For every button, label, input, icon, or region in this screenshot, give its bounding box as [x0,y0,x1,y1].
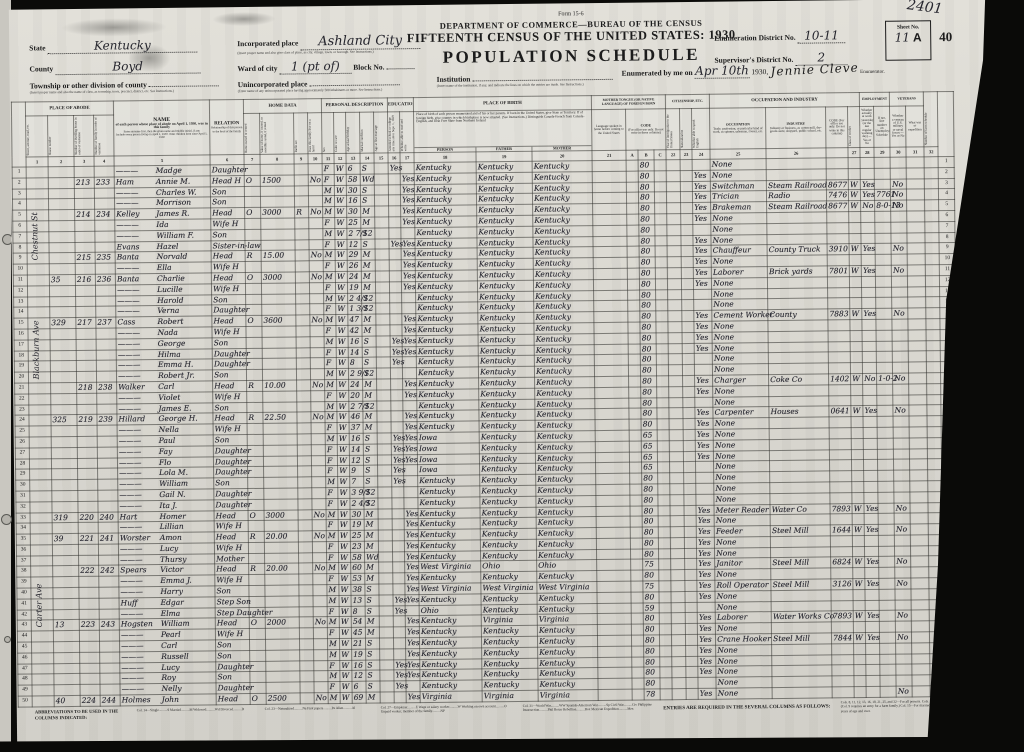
table-cell [246,283,262,294]
table-cell: Yes [696,526,714,537]
table-cell: 2 7/12 [347,228,361,239]
table-cell: W [338,498,350,509]
table-cell: W [339,595,351,606]
table-cell: Virginia [537,614,597,625]
line-number: 21 [941,372,957,383]
table-cell: None [711,256,767,267]
table-cell [670,483,684,494]
table-cell: W [338,509,350,520]
given-name: James E. [158,403,191,412]
table-cell [694,289,712,300]
table-cell [247,391,263,402]
table-cell: M [365,563,379,574]
table-cell [694,300,712,311]
table-cell: 3126 [831,579,853,590]
table-cell [376,336,390,347]
line-number: 28 [942,448,958,459]
table-cell [670,462,684,473]
table-cell: Yes [401,195,415,206]
table-cell: 80 [639,257,655,268]
table-cell [628,354,640,365]
table-cell [309,218,323,229]
table-cell: S [365,584,379,595]
surname: ——— [118,328,158,338]
table-cell: F [323,239,335,250]
sd-label: Supervisor's District No. [714,55,793,65]
table-cell: Yes [695,375,713,386]
table-cell: 30 [350,509,364,520]
table-cell [390,292,402,303]
table-cell [876,352,892,363]
table-cell: 8677 [826,179,848,190]
table-cell [96,371,116,382]
table-cell: Kentucky [416,291,478,302]
table-cell [95,242,115,253]
table-cell [879,567,895,578]
scanned-census-page: Form 15-6 DEPARTMENT OF COMMERCE—BUREAU … [0,0,1024,752]
surname: ——— [119,436,159,446]
line-number: 14 [940,297,956,308]
table-cell [669,376,683,387]
table-cell: 80 [640,333,656,344]
table-cell: Kentucky [479,377,535,388]
table-cell: M [323,228,335,239]
group-place-of-abode: PLACE OF ABODE [25,101,113,116]
table-cell: Kentucky [538,668,598,679]
table-cell [98,501,118,512]
table-cell [866,643,880,654]
table-cell [380,638,394,649]
table-cell [850,319,862,330]
table-cell: 218 [77,382,97,393]
table-cell: Yes [697,591,715,602]
given-name: Carl [158,382,174,391]
table-cell: 7801 [827,266,849,277]
line-number: 47 [944,653,960,664]
line-number: 7 [13,232,27,243]
table-cell [626,182,638,193]
table-cell: O [245,272,261,283]
line-number: 6 [939,210,955,221]
table-cell [864,449,878,460]
table-cell: Kentucky [418,540,480,551]
war-expedition-header: What war or expedition [906,106,924,147]
line-number: 15 [940,308,956,319]
table-cell: Yes [696,505,714,516]
line-number: 45 [18,642,32,653]
table-cell: W [850,309,862,320]
table-cell: F [326,498,338,509]
table-cell [930,632,944,643]
table-cell: R [295,207,309,218]
table-cell: Carpenter [713,407,769,418]
table-cell: M [327,563,339,574]
table-cell: 3000 [264,509,298,520]
table-cell: F [326,520,338,531]
line-number: 11 [939,264,955,275]
line-number: 1 [938,156,954,167]
column-number: 4 [94,156,114,166]
given-name: Ida [156,220,168,229]
table-cell: Son [212,370,246,381]
table-cell: 80 [639,192,655,203]
table-cell: 80 [644,678,660,689]
surname: ——— [119,447,159,457]
table-cell: Yes [863,406,877,417]
table-cell [895,535,911,546]
table-cell [313,574,327,585]
table-cell: M [363,411,377,422]
table-cell [79,609,99,620]
table-cell [261,283,295,294]
table-cell: Head [213,413,247,424]
table-cell [627,246,639,257]
table-cell [910,502,928,513]
table-cell [50,296,76,307]
given-name: Thursy [160,554,186,563]
given-name: Norvald [157,252,188,261]
table-cell [851,427,863,438]
table-cell [378,541,392,552]
table-cell: Kentucky [414,183,476,194]
table-cell: No [312,531,326,542]
table-cell: Yes [405,584,419,595]
table-cell [926,308,940,319]
table-cell: S [365,606,379,617]
table-cell [659,559,671,570]
table-cell [911,610,929,621]
table-cell [95,285,115,296]
table-cell [52,523,78,534]
table-cell [597,581,631,592]
table-cell [79,630,99,641]
surname: Cass [117,317,157,327]
table-cell: Kentucky [417,367,479,378]
table-cell: Wife H [212,326,246,337]
table-cell [595,398,629,409]
table-cell [261,229,295,240]
table-cell [394,692,406,703]
line-number: 4 [12,199,26,210]
table-cell [929,556,943,567]
table-cell: Son [212,337,246,348]
table-cell [828,287,850,298]
given-name: James R. [156,209,189,218]
table-cell: West Virginia [481,582,537,593]
table-cell [77,436,97,447]
table-cell [929,610,943,621]
surname: ——— [118,339,158,349]
table-cell: Yes [403,379,417,390]
table-cell: 59 [643,603,659,614]
table-cell [669,429,683,440]
table-cell [766,169,826,180]
table-cell: M [325,369,337,380]
table-cell: M [327,585,339,596]
table-cell [878,492,894,503]
table-cell: 8-0-13 [875,200,891,211]
table-cell: 80 [639,235,655,246]
table-cell [829,417,851,428]
table-cell [852,460,864,471]
line-number: 37 [943,545,959,556]
table-cell [892,297,908,308]
table-cell [877,416,893,427]
table-cell [767,234,827,245]
table-cell [684,462,696,473]
table-cell: 24 [349,379,363,390]
surname: ——— [116,198,156,208]
table-cell [696,483,714,494]
table-cell [299,563,313,574]
surname: ——— [121,609,161,619]
table-cell [262,348,296,359]
table-cell: F [327,574,339,585]
sheet-letter: A [913,30,922,44]
line-number: 13 [14,297,28,308]
table-cell [880,632,896,643]
table-cell [298,488,312,499]
table-cell [658,516,670,527]
table-cell [389,271,401,282]
line-number: 27 [941,437,957,448]
table-cell [925,232,939,243]
table-cell [632,646,644,657]
table-cell [95,220,115,231]
table-cell [880,686,896,697]
table-cell [32,653,54,664]
given-name: Roy [161,673,176,682]
table-cell [393,627,405,638]
table-cell: 16 [347,196,361,207]
table-cell: Kentucky [535,430,595,441]
table-cell: W [336,358,348,369]
table-cell: Yes [392,476,404,487]
table-cell [298,520,312,531]
given-name: Fay [159,447,173,456]
table-cell: 80 [642,527,658,538]
table-cell [670,505,684,516]
line-number: 40 [17,588,31,599]
table-cell: W [336,282,348,293]
table-cell [656,322,668,333]
incorporated-label: Incorporated place [237,38,298,48]
table-cell [862,287,876,298]
table-cell [672,678,686,689]
table-cell: 329 [50,318,76,329]
table-cell: 80 [642,516,658,527]
table-cell: M [361,249,375,260]
table-cell [911,567,929,578]
table-cell: No [312,509,326,520]
table-cell: Kentucky [532,161,592,172]
table-cell [927,437,941,448]
table-cell [51,393,77,404]
surname: ——— [116,166,156,176]
table-cell: M [365,573,379,584]
table-cell: Yes [403,422,417,433]
table-cell: Kentucky [415,259,477,270]
table-cell: M [365,627,379,638]
table-cell [49,285,75,296]
line-number: 44 [17,631,31,642]
immigration-year-header: Year of immigration to the United States [666,109,680,150]
table-cell: M [361,217,375,228]
table-cell: Son [214,478,248,489]
township-value [149,85,219,87]
table-cell [389,260,401,271]
table-cell: S [360,163,374,174]
table-cell [77,425,97,436]
line-number: 40 [943,578,959,589]
line-number: 29 [16,469,30,480]
table-cell [28,329,50,340]
column-number: 20 [532,151,592,162]
table-cell [310,347,324,358]
table-cell: 238 [97,382,117,393]
table-cell [28,372,50,383]
table-cell: None [714,461,770,472]
table-cell [51,436,77,447]
surname: ——— [117,285,157,295]
table-cell: Yes [862,309,876,320]
table-cell [74,199,94,210]
table-cell [594,344,628,355]
table-cell: Kentucky [533,193,593,204]
table-cell [246,337,262,348]
table-cell: Steel Mill [771,579,831,590]
table-cell [680,170,692,181]
table-cell: 7476 [827,190,849,201]
table-cell [77,393,97,404]
table-cell [377,422,391,433]
table-cell [657,419,669,430]
table-cell [311,444,325,455]
table-cell [593,268,627,279]
table-cell: Kentucky [538,646,598,657]
table-cell [380,681,394,692]
table-cell [908,319,926,330]
table-cell: W [338,476,350,487]
table-cell [890,168,906,179]
table-cell [628,322,640,333]
given-name: Flo [159,457,171,466]
table-cell [829,438,851,449]
table-cell [31,577,53,588]
table-cell [925,243,939,254]
table-cell [893,438,909,449]
table-cell [99,630,119,641]
table-cell: Daughter [214,467,248,478]
table-cell [314,649,328,660]
table-cell: Kentucky [535,441,595,452]
table-cell [30,545,52,556]
table-cell [313,552,327,563]
line-number: 22 [941,383,957,394]
table-cell [849,222,861,233]
table-cell: S [361,195,375,206]
table-cell [378,487,392,498]
table-cell [656,289,668,300]
table-cell [865,546,879,557]
table-cell [666,181,680,192]
table-cell: 1402 [829,374,851,385]
table-cell: Yes [865,578,879,589]
table-cell [48,188,74,199]
table-cell: M [328,693,340,704]
table-cell [906,178,924,189]
table-cell: 10.00 [263,380,297,391]
table-cell [379,595,393,606]
line-number: 42 [17,610,31,621]
surname: Hogsten [121,619,161,629]
table-cell: 16 [348,336,362,347]
table-cell [594,301,628,312]
table-cell: S [363,455,377,466]
table-cell [30,534,52,545]
table-cell [849,233,861,244]
table-cell: W [849,190,861,201]
table-cell: 13 [53,620,79,631]
table-cell [596,484,630,495]
table-cell [26,178,48,189]
table-cell [657,440,669,451]
table-cell [876,287,892,298]
table-cell: None [712,353,768,364]
table-cell: Kentucky [478,366,534,377]
table-cell [295,218,309,229]
table-cell: Kentucky [482,647,538,658]
table-cell: Kentucky [535,377,595,388]
table-cell: 234 [95,209,115,220]
group-veterans: VETERANS [890,92,924,106]
table-cell: M [362,325,376,336]
table-cell [298,531,312,542]
table-cell [864,492,878,503]
table-cell [378,498,392,509]
table-cell: Kentucky [538,679,598,690]
table-cell: Feeder [714,526,770,537]
table-cell: Kentucky [538,657,598,668]
table-cell: Yes [694,321,712,332]
line-number: 26 [941,426,957,437]
table-cell: Yes [389,238,401,249]
table-cell: Yes [406,692,420,703]
table-cell [877,362,893,373]
table-cell: Yes [401,249,415,260]
given-name: Lucille [157,285,183,294]
table-cell [907,265,925,276]
table-cell [313,595,327,606]
table-cell: 7761 [875,190,891,201]
table-cell [593,236,627,247]
table-cell [310,358,324,369]
institution-note: (Insert name of the institution, if any,… [437,82,613,88]
table-cell [26,199,48,210]
table-cell [53,631,79,642]
table-cell: 80 [641,419,657,430]
table-cell [907,211,925,222]
table-cell [595,430,629,441]
table-cell [928,524,942,535]
table-cell [30,523,52,534]
table-cell [853,589,865,600]
table-cell: Kentucky [476,161,532,172]
table-cell [376,303,390,314]
table-cell: No [894,524,910,535]
line-number: 38 [943,556,959,567]
table-cell [670,516,684,527]
